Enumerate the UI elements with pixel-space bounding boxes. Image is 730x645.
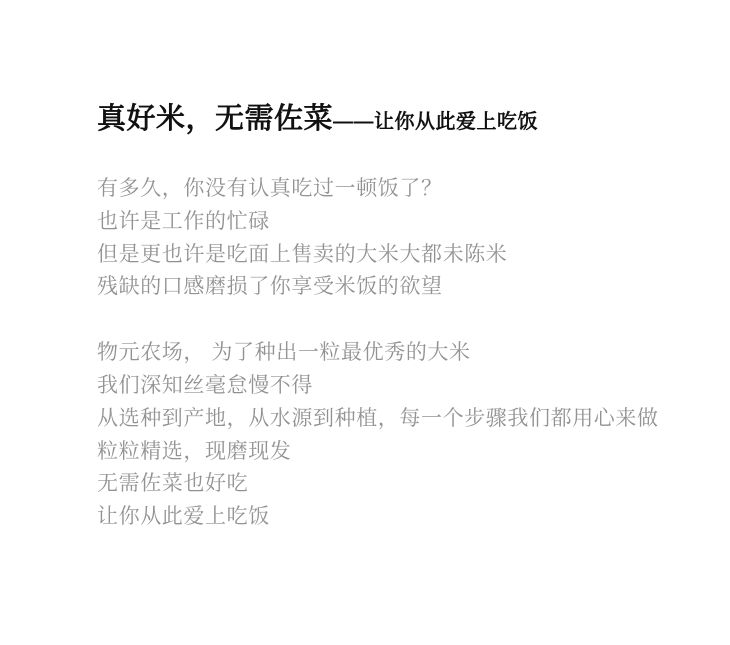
text-line: 我们深知丝毫怠慢不得	[97, 370, 690, 403]
title-main: 真好米，无需佐菜	[97, 103, 333, 135]
paragraph-intro: 有多久，你没有认真吃过一顿饭了？ 也许是工作的忙碌 但是更也许是吃面上售卖的大米…	[97, 173, 690, 304]
page-title: 真好米，无需佐菜——让你从此爱上吃饭	[97, 101, 690, 141]
text-line: 有多久，你没有认真吃过一顿饭了？	[97, 173, 690, 206]
text-line: 粒粒精选，现磨现发	[97, 436, 690, 469]
title-sub: ——让你从此爱上吃饭	[333, 111, 538, 133]
text-line: 物元农场， 为了种出一粒最优秀的大米	[97, 337, 690, 370]
text-line: 无需佐菜也好吃	[97, 468, 690, 501]
text-line: 让你从此爱上吃饭	[97, 501, 690, 534]
product-description-page: 真好米，无需佐菜——让你从此爱上吃饭 有多久，你没有认真吃过一顿饭了？ 也许是工…	[0, 0, 730, 645]
text-line: 残缺的口感磨损了你享受米饭的欲望	[97, 271, 690, 304]
paragraph-farm: 物元农场， 为了种出一粒最优秀的大米 我们深知丝毫怠慢不得 从选种到产地，从水源…	[97, 337, 690, 534]
text-line: 从选种到产地，从水源到种植，每一个步骤我们都用心来做	[97, 403, 690, 436]
text-line: 但是更也许是吃面上售卖的大米大都未陈米	[97, 239, 690, 272]
text-line: 也许是工作的忙碌	[97, 206, 690, 239]
text-content: 真好米，无需佐菜——让你从此爱上吃饭 有多久，你没有认真吃过一顿饭了？ 也许是工…	[97, 0, 690, 534]
